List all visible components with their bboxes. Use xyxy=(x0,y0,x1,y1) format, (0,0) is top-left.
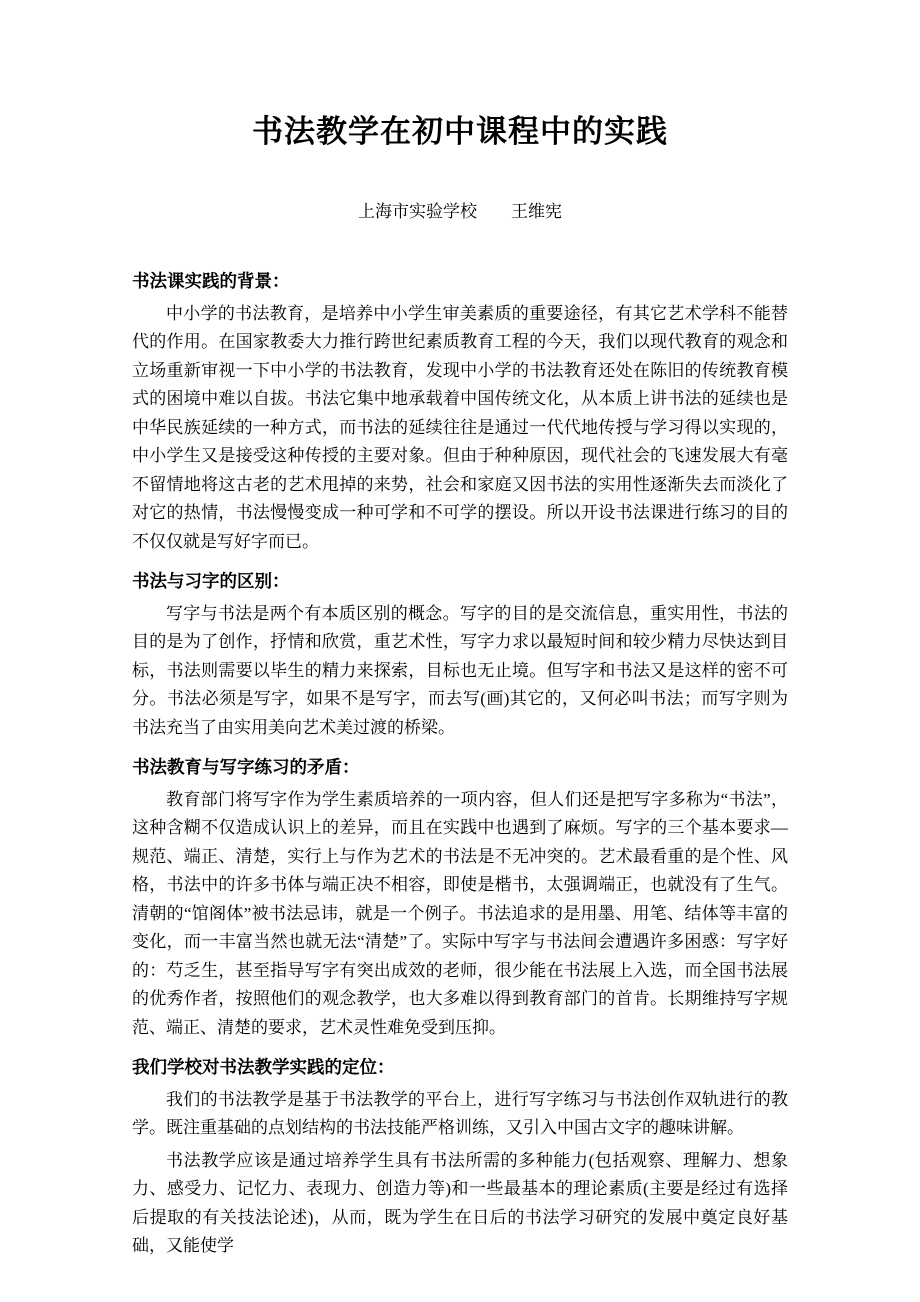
paragraph: 教育部门将写字作为学生素质培养的一项内容，但人们还是把写字多称为“书法”，这种含… xyxy=(132,786,788,1043)
section-heading: 书法与习字的区别： xyxy=(132,567,788,596)
author-byline: 上海市实验学校 王维宪 xyxy=(132,198,788,226)
section-difference: 书法与习字的区别： 写字与书法是两个有本质区别的概念。写字的目的是交流信息，重实… xyxy=(132,567,788,742)
section-heading: 书法教育与写字练习的矛盾： xyxy=(132,753,788,782)
section-contradiction: 书法教育与写字练习的矛盾： 教育部门将写字作为学生素质培养的一项内容，但人们还是… xyxy=(132,753,788,1042)
paragraph: 写字与书法是两个有本质区别的概念。写字的目的是交流信息，重实用性，书法的目的是为… xyxy=(132,600,788,743)
paragraph: 我们的书法教学是基于书法教学的平台上，进行写字练习与书法创作双轨进行的教学。既注… xyxy=(132,1086,788,1143)
document-page: 书法教学在初中课程中的实践 上海市实验学校 王维宪 书法课实践的背景： 中小学的… xyxy=(132,0,788,1261)
section-positioning: 我们学校对书法教学实践的定位： 我们的书法教学是基于书法教学的平台上，进行写字练… xyxy=(132,1053,788,1261)
document-title: 书法教学在初中课程中的实践 xyxy=(132,112,788,152)
paragraph: 中小学的书法教育，是培养中小学生审美素质的重要途径，有其它艺术学科不能替代的作用… xyxy=(132,300,788,557)
section-heading: 书法课实践的背景： xyxy=(132,267,788,296)
section-heading: 我们学校对书法教学实践的定位： xyxy=(132,1053,788,1082)
paragraph: 书法教学应该是通过培养学生具有书法所需的多种能力(包括观察、理解力、想象力、感受… xyxy=(132,1147,788,1261)
section-background: 书法课实践的背景： 中小学的书法教育，是培养中小学生审美素质的重要途径，有其它艺… xyxy=(132,267,788,556)
